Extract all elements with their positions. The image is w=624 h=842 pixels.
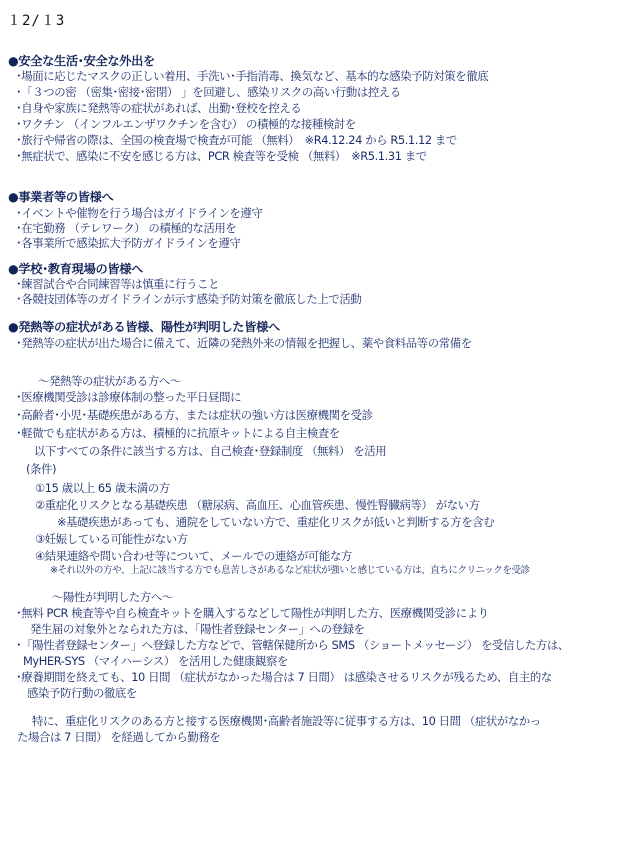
list-item: ･軽微でも症状がある方は、積極的に抗原キットによる自主検査を: [16, 426, 340, 441]
conditions-footnote: ※それ以外の方や、上記に該当する方でも息苦しさがあるなど症状が強いと感じている方…: [50, 563, 530, 578]
list-item: ･イベントや催物を行う場合はガイドラインを遵守: [16, 206, 262, 221]
condition-note: ※基礎疾患があっても、通院をしていない方で、重症化リスクが低いと判断する方を含む: [57, 515, 494, 530]
closing-line: た場合は 7 日間） を経過してから勤務を: [17, 730, 220, 745]
list-item: ･各事業所で感染拡大予防ガイドラインを遵守: [16, 236, 240, 251]
closing-line: 特に、重症化リスクのある方と接する医療機関･高齢者施設等に従事する方は、10 日…: [32, 714, 541, 729]
conditions-label: (条件): [26, 462, 56, 477]
list-item: ･医療機関受診は診療体制の整った平日昼間に: [16, 390, 241, 405]
list-item: ･無症状で、感染に不安を感じる方は、PCR 検査等を受検 （無料） ※R5.1.…: [16, 149, 427, 164]
list-item: ･「３つの密 （密集･密接･密閉） 」を回避し、感染リスクの高い行動は控える: [16, 85, 401, 100]
heading-safe-life: ●安全な生活･安全な外出を: [8, 54, 155, 69]
list-item-continued: 発生届の対象外となられた方は、「陽性者登録センター」への登録を: [30, 622, 365, 637]
self-test-line: 以下すべての条件に該当する方は、自己検査･登録制度 （無料） を活用: [34, 444, 386, 459]
condition-item: ①15 歳以上 65 歳未満の方: [35, 481, 170, 496]
heading-schools: ●学校･教育現場の皆様へ: [8, 262, 143, 277]
list-item: ･練習試合や合同練習等は慎重に行うこと: [16, 277, 219, 292]
page-date: １2/１3: [7, 10, 65, 30]
list-item: ･旅行や帰省の際は、全国の検査場で検査が可能 （無料） ※R4.12.24 から…: [16, 133, 457, 148]
list-item: ･療養期間を終えても、10 日間 （症状がなかった場合は 7 日間） は感染させ…: [16, 670, 552, 685]
list-item: ･「陽性者登録センター」へ登録した方などで、管轄保健所から SMS （ショートメ…: [16, 638, 569, 653]
condition-item: ④結果連絡や問い合わせ等について、メールでの連絡が可能な方: [35, 549, 352, 564]
condition-item: ③妊娠している可能性がない方: [35, 532, 188, 547]
list-item: ･各競技団体等のガイドラインが示す感染予防対策を徹底した上で活動: [16, 292, 361, 307]
symptom-subheading: ～発熱等の症状がある方へ～: [38, 374, 181, 389]
list-item: ･無料 PCR 検査等や自ら検査キットを購入するなどして陽性が判明した方、医療機…: [16, 606, 489, 621]
list-item-continued: MyHER-SYS （マイハーシス） を活用した健康観察を: [23, 654, 288, 669]
positive-subheading: ～陽性が判明した方へ～: [52, 590, 173, 605]
list-item: ･高齢者･小児･基礎疾患がある方、または症状の強い方は医療機関を受診: [16, 408, 373, 423]
list-item: ･在宅勤務 （テレワーク） の積極的な活用を: [16, 221, 236, 236]
list-item: ･場面に応じたマスクの正しい着用、手洗い･手指消毒、換気など、基本的な感染予防対…: [16, 69, 488, 84]
list-item-continued: 感染予防行動の徹底を: [27, 686, 137, 701]
fever-intro: ･発熱等の症状が出た場合に備えて、近隣の発熱外来の情報を把握し、薬や食料品等の常…: [16, 336, 472, 351]
heading-fever: ●発熱等の症状がある皆様、陽性が判明した皆様へ: [8, 320, 280, 335]
list-item: ･ワクチン （インフルエンザワクチンを含む） の積極的な接種検討を: [16, 117, 356, 132]
list-item: ･自身や家族に発熱等の症状があれば、出勤･登校を控える: [16, 101, 301, 116]
heading-business: ●事業者等の皆様へ: [8, 190, 113, 205]
condition-item: ②重症化リスクとなる基礎疾患 （糖尿病、高血圧、心血管疾患、慢性腎臓病等） がな…: [35, 498, 480, 513]
